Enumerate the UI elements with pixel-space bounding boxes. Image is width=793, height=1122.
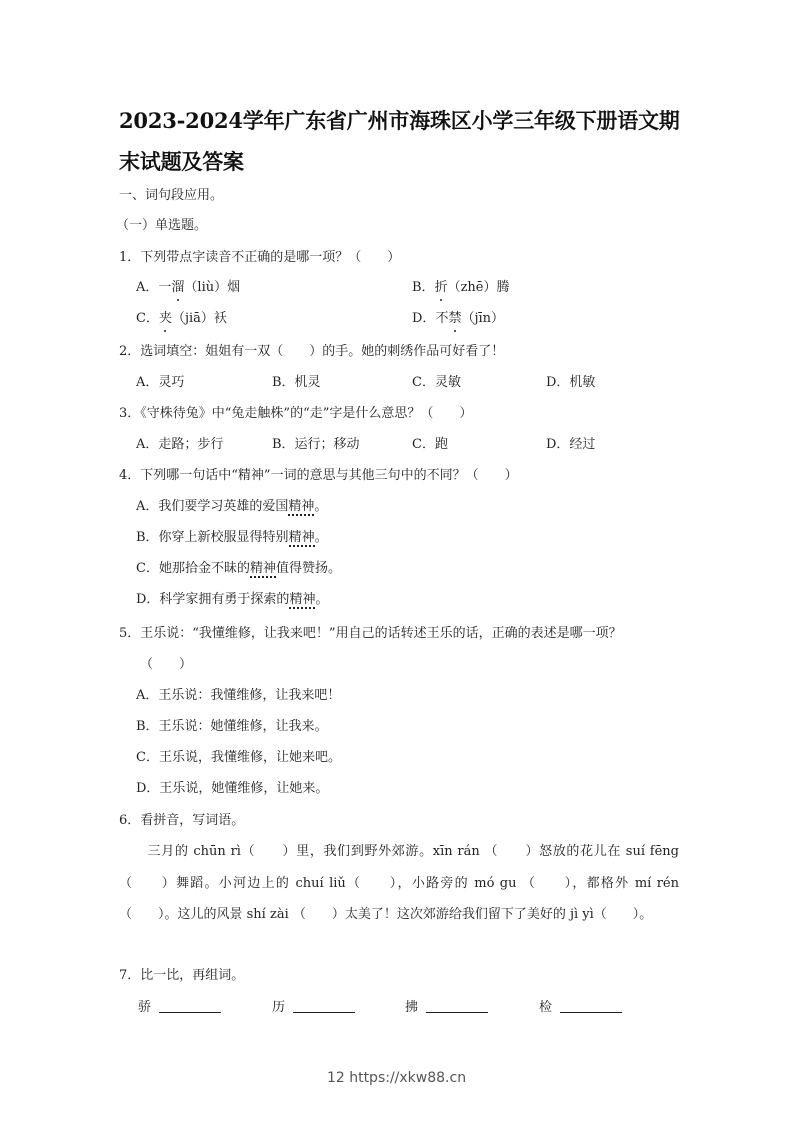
question-3-option-a: A．走路；步行 [136, 435, 223, 455]
question-5-option-b: B．王乐说：她懂维修，让我来。 [136, 717, 328, 737]
option-text: （jiā）袄 [172, 311, 227, 326]
option-text: C．她那拾金不昧的 [136, 561, 250, 576]
option-label: B． [412, 280, 435, 295]
question-1-stem: 1．下列带点字读音不正确的是哪一项？（ ） [119, 248, 400, 268]
question-6-passage: 三月的 chūn rì（ ）里，我们到野外郊游。xīn rán （ ）怒放的花儿… [119, 836, 679, 931]
compare-char: 检 [539, 1000, 552, 1015]
question-5-option-c: C．王乐说，我懂维修，让她来吧。 [136, 748, 341, 768]
question-1-option-b: B．折（zhē）腾 [412, 278, 510, 298]
dotted-char: 夹 [159, 309, 172, 329]
compare-item-3: 拂 [405, 998, 488, 1018]
dotted-word: 精神 [288, 499, 314, 516]
question-4-option-b: B．你穿上新校服显得特别精神。 [136, 528, 328, 548]
dotted-char: 折 [435, 278, 448, 298]
option-label: D． [412, 311, 435, 326]
option-text: 值得赞扬。 [276, 561, 341, 576]
question-4-option-c: C．她那拾金不昧的精神值得赞扬。 [136, 559, 341, 579]
dotted-word: 精神 [289, 530, 315, 547]
document-title: 2023-2024学年广东省广州市海珠区小学三年级下册语文期 末试题及答案 [119, 100, 689, 182]
dotted-word: 精神 [250, 561, 276, 578]
question-5-option-d: D．王乐说，她懂维修，让她来。 [136, 779, 328, 799]
question-3-option-b: B．运行；移动 [272, 435, 360, 455]
question-4-stem: 4．下列哪一句话中“精神”一词的意思与其他三句中的不同？（ ） [119, 466, 518, 486]
option-text: 。 [314, 499, 327, 514]
option-text: （liù）烟 [184, 280, 240, 295]
option-text: 。 [315, 530, 328, 545]
question-1-option-d: D．不禁（jīn） [412, 309, 504, 329]
option-text: D．科学家拥有勇于探索的 [136, 592, 289, 607]
compare-item-1: 骄 [138, 998, 221, 1018]
option-label: C． [136, 311, 159, 326]
answer-blank[interactable] [293, 998, 355, 1013]
question-2-option-a: A．灵巧 [136, 373, 184, 393]
title-line-2: 末试题及答案 [119, 141, 689, 182]
document-page: 2023-2024学年广东省广州市海珠区小学三年级下册语文期 末试题及答案 一、… [0, 0, 793, 1122]
question-1-option-c: C．夹（jiā）袄 [136, 309, 227, 329]
question-5-answer-blank: （ ） [140, 655, 192, 675]
option-text: A．我们要学习英雄的爱国 [136, 499, 288, 514]
question-3-stem: 3．《守株待兔》中“兔走触株”的“走”字是什么意思？（ ） [119, 404, 472, 424]
passage-text: 三月的 chūn rì（ ）里，我们到野外郊游。xīn rán （ ）怒放的花儿… [119, 844, 679, 922]
question-4-option-a: A．我们要学习英雄的爱国精神。 [136, 497, 327, 517]
question-6-stem: 6．看拼音，写词语。 [119, 811, 244, 831]
page-footer: 12 https://xkw88.cn [0, 1070, 793, 1086]
question-5-option-a: A．王乐说：我懂维修，让我来吧！ [136, 686, 340, 706]
dotted-char: 禁 [448, 309, 461, 329]
dotted-char: 溜 [171, 278, 184, 298]
answer-blank[interactable] [159, 998, 221, 1013]
option-label: A． [136, 280, 158, 295]
compare-char: 骄 [138, 1000, 151, 1015]
question-2-stem: 2．选词填空：姐姐有一双（ ）的手。她的刺绣作品可好看了！ [119, 342, 504, 362]
answer-blank[interactable] [560, 998, 622, 1013]
option-text: 。 [315, 592, 328, 607]
question-5-stem: 5．王乐说：“我懂维修，让我来吧！”用自己的话转述王乐的话，正确的表述是哪一项？ [119, 624, 622, 644]
question-1-option-a: A．一溜（liù）烟 [136, 278, 240, 298]
question-2-option-d: D．机敏 [546, 373, 595, 393]
option-text: B．你穿上新校服显得特别 [136, 530, 289, 545]
question-2-option-b: B．机灵 [272, 373, 321, 393]
question-3-option-d: D．经过 [546, 435, 595, 455]
question-4-option-d: D．科学家拥有勇于探索的精神。 [136, 590, 328, 610]
question-3-option-c: C．跑 [412, 435, 448, 455]
dotted-word: 精神 [289, 592, 315, 609]
option-text: （jīn） [461, 311, 504, 326]
compare-item-4: 检 [539, 998, 622, 1018]
title-line-1: 2023-2024学年广东省广州市海珠区小学三年级下册语文期 [119, 100, 689, 141]
compare-char: 拂 [405, 1000, 418, 1015]
option-text: 不 [435, 311, 448, 326]
option-text: （zhē）腾 [448, 280, 510, 295]
option-text: 一 [158, 280, 171, 295]
answer-blank[interactable] [426, 998, 488, 1013]
section-heading: 一、词句段应用。 [119, 186, 223, 206]
compare-item-2: 历 [272, 998, 355, 1018]
compare-char: 历 [272, 1000, 285, 1015]
question-7-stem: 7．比一比，再组词。 [119, 966, 244, 986]
subsection-heading: （一）单选题。 [116, 216, 207, 236]
question-2-option-c: C．灵敏 [412, 373, 461, 393]
